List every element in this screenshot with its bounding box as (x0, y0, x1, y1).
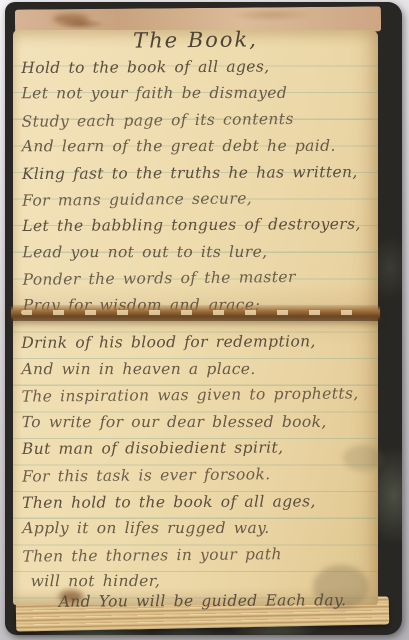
poem-line: Then the thornes in your path (22, 540, 364, 570)
poem-line: And learn of the great debt he paid. (22, 133, 364, 160)
poem-line: Let the babbling tongues of destroyers, (22, 211, 364, 239)
poem-line: Ponder the words of the master (22, 263, 364, 293)
notebook-page: The Book, Hold to the book of all ages, … (13, 30, 378, 605)
poem-line: will not hinder, (31, 568, 365, 595)
poem-line: And win in heaven a place. (21, 355, 363, 382)
poem-line: The inspiration was given to prophetts, (21, 381, 363, 411)
poem-title: The Book, (13, 26, 378, 54)
poem-line: Study each page of its contents (21, 105, 363, 135)
poem-line: Drink of his blood for redemption, (21, 328, 363, 356)
notebook-photo: The Book, Hold to the book of all ages, … (0, 0, 409, 640)
poem-line: Kling fast to the truths he has written, (22, 159, 364, 187)
poem-line: Apply it on lifes rugged way. (22, 515, 364, 542)
poem-stanza-2: Drink of his blood for redemption, And w… (21, 328, 364, 615)
poem-line: Then hold to the book of all ages, (22, 488, 364, 516)
poem-line: To write for our dear blessed book, (22, 409, 364, 436)
poem-line: For mans guidance secure, (22, 184, 364, 214)
stain-top (53, 14, 89, 24)
poem-line: Let not your faith be dismayed (21, 80, 363, 107)
poem-line: Lead you not out to its lure, (22, 239, 364, 266)
poem-line: For this task is ever forsook. (22, 460, 364, 490)
page-fold (11, 306, 380, 321)
poem-line: But man of disobiedient spirit, (22, 434, 364, 462)
poem-line: Hold to the book of all ages, (21, 53, 363, 81)
poem-stanza-1: Hold to the book of all ages, Let not yo… (21, 53, 365, 319)
